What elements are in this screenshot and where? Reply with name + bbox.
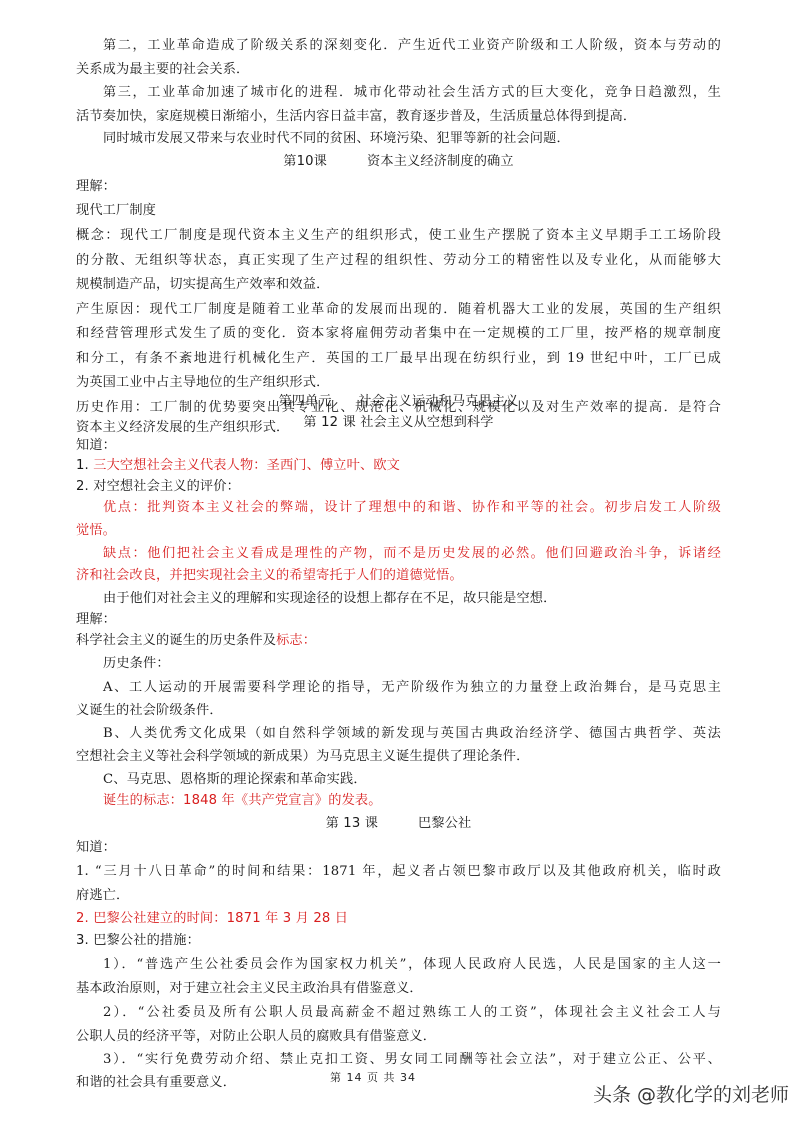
lesson-12-heading: 第 12 课 社会主义从空想到科学: [76, 413, 721, 433]
birth-sign: 诞生的标志：1848 年《共产党宣言》的发表。: [103, 791, 721, 811]
section-label-understand: 理解：: [76, 177, 721, 197]
page-number: 第 14 页 共 34: [330, 1069, 416, 1085]
paragraph-line: 活节奏加快，家庭规模日渐缩小，生活内容日益丰富，教育逐步普及，生活质量总体得到提…: [76, 107, 721, 127]
cons-line: 济和社会改良，并把实现社会主义的希望寄托于人们的道德觉悟。: [76, 566, 721, 586]
measure-3: 3）．“实行免费劳动介绍、禁止克扣工资、男女同工同酬等社会立法”，对于建立公正、…: [103, 1050, 721, 1070]
measure-1: 1）．“普选产生公社委员会作为国家权力机关”，体现人民政府人民选，人民是国家的主…: [103, 955, 721, 975]
lesson-10-heading: 第10课 资本主义经济制度的确立: [76, 152, 721, 172]
paragraph-line: 为英国工业中占主导地位的生产组织形式．: [76, 373, 721, 393]
list-item-1: 1. “三月十八日革命”的时间和结果：1871 年，起义者占领巴黎市政厅以及其他…: [76, 862, 721, 882]
section-label-know: 知道：: [76, 436, 721, 456]
measure-2: 2）．“公社委员及所有公职人员最高薪金不超过熟练工人的工资”，体现社会主义社会工…: [103, 1003, 721, 1023]
topic-title-highlight: 标志：: [276, 633, 316, 648]
list-item-1: 1. 三大空想社会主义代表人物：圣西门、傅立叶、欧文: [76, 456, 721, 476]
list-item-2: 2. 对空想社会主义的评价：: [76, 477, 721, 497]
cons-line: 缺点：他们把社会主义看成是理性的产物，而不是历史发展的必然。他们回避政治斗争，诉…: [103, 544, 721, 564]
paragraph-line: 和分工，有条不紊地进行机械化生产．英国的工厂最早出现在纺织行业，到 19 世纪中…: [76, 349, 721, 369]
topic-title: 现代工厂制度: [76, 201, 721, 221]
list-item-1-cont: 府逃亡．: [76, 886, 721, 906]
list-text-highlight: 三大空想社会主义代表人物：圣西门、傅立叶、欧文: [93, 458, 400, 473]
pros-line: 觉悟。: [76, 521, 721, 541]
section-label-understand: 理解：: [76, 610, 721, 630]
condition-b: 空想社会主义等社会科学领域的新成果）为马克思主义诞生提供了理论条件．: [76, 747, 721, 767]
topic-title: 科学社会主义的诞生的历史条件及标志：: [76, 631, 721, 651]
paragraph-line: 和经营管理形式发生了质的变化．资本家将雇佣劳动者集中在一定规模的工厂里，按严格的…: [76, 324, 721, 344]
list-item-3: 3. 巴黎公社的措施：: [76, 931, 721, 951]
condition-a: 义诞生的社会阶级条件．: [76, 701, 721, 721]
pros-line: 优点：批判资本主义社会的弊端，设计了理想中的和谐、协作和平等的社会。初步启发工人…: [103, 498, 721, 518]
condition-a: A、工人运动的开展需要科学理论的指导，无产阶级作为独立的力量登上政治舞台，是马克…: [103, 678, 721, 698]
list-number: 1.: [76, 458, 89, 473]
paragraph-line: 关系成为最主要的社会关系．: [76, 60, 721, 80]
condition-c: C、马克思、恩格斯的理论探索和革命实践．: [103, 770, 721, 790]
paragraph-line: 的分散、无组织等状态，真正实现了生产过程的组织性、劳动分工的精密性以及专业化，从…: [76, 251, 721, 271]
topic-title-text: 科学社会主义的诞生的历史条件及: [76, 633, 276, 648]
measure-2: 公职人员的经济平等，对防止公职人员的腐败具有借鉴意义．: [76, 1027, 721, 1047]
unit-4-heading: 第四单元 社会主义运动和马克思主义: [76, 392, 721, 412]
measure-1: 基本政治原则，对于建立社会主义民主政治具有借鉴意义．: [76, 979, 721, 999]
watermark: 头条 @教化学的刘老师: [593, 1080, 789, 1107]
paragraph-line: 第三，工业革命加速了城市化的进程．城市化带动社会生活方式的巨大变化，竞争日趋激烈…: [103, 83, 721, 103]
list-item-2: 2. 巴黎公社建立的时间：1871 年 3 月 28 日: [76, 909, 721, 929]
paragraph-line: 同时城市发展又带来与农业时代不同的贫困、环境污染、犯罪等新的社会问题．: [103, 129, 721, 149]
condition-b: B、人类优秀文化成果（如自然科学领域的新发现与英国古典政治经济学、德国古典哲学、…: [103, 724, 721, 744]
list-number: 2.: [76, 479, 89, 494]
paragraph-line: 产生原因：现代工厂制度是随着工业革命的发展而出现的．随着机器大工业的发展，英国的…: [76, 300, 721, 320]
list-text: 对空想社会主义的评价：: [93, 479, 240, 494]
section-label-know: 知道：: [76, 838, 721, 858]
document-page: 第二，工业革命造成了阶级关系的深刻变化．产生近代工业资产阶级和工人阶级，资本与劳…: [0, 0, 794, 1123]
paragraph-line: 第二，工业革命造成了阶级关系的深刻变化．产生近代工业资产阶级和工人阶级，资本与劳…: [103, 36, 721, 56]
paragraph-line: 规模制造产品，切实提高生产效率和效益．: [76, 275, 721, 295]
conditions-label: 历史条件：: [103, 654, 721, 674]
lesson-13-heading: 第 13 课 巴黎公社: [76, 814, 721, 834]
conclusion-line: 由于他们对社会主义的理解和实现途径的设想上都存在不足，故只能是空想．: [103, 589, 721, 609]
paragraph-line: 概念：现代工厂制度是现代资本主义生产的组织形式，使工业生产摆脱了资本主义早期手工…: [76, 226, 721, 246]
